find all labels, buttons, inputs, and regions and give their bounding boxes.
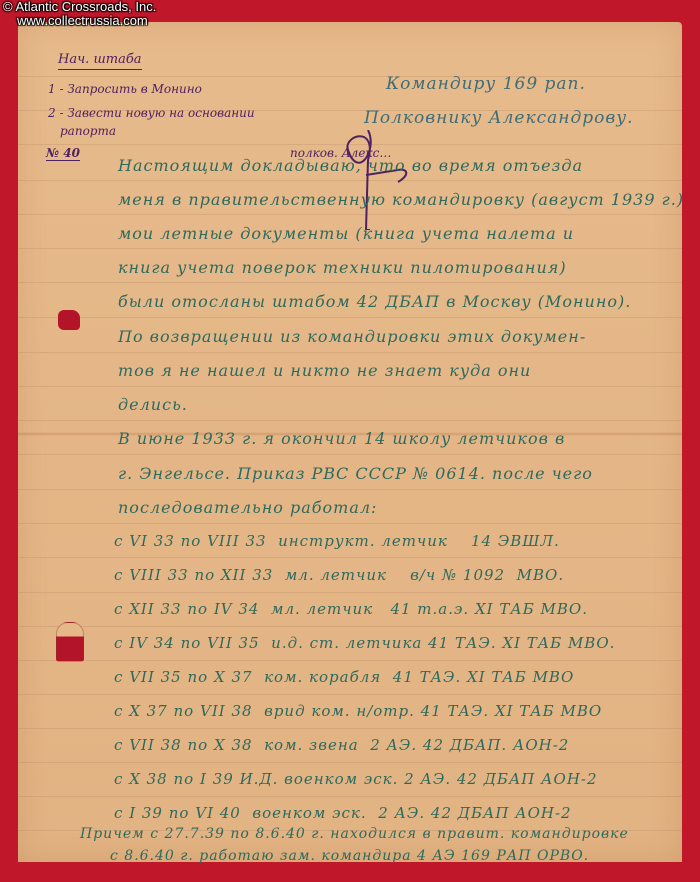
watermark-copyright: © Atlantic Crossroads, Inc. [3,0,156,14]
annotation-reference: № 40 [46,146,80,161]
ruling-line [18,728,682,729]
annotation-title: Нач. штаба [58,52,142,70]
ruling-line [18,762,682,763]
ruling-line [18,523,682,524]
career-row: с XII 33 по IV 34 мл. летчик 41 т.а.э. X… [114,600,588,618]
ruling-line [18,352,682,353]
ruling-line [18,557,682,558]
annotation-item-2-cont: рапорта [60,124,116,138]
body-line: Настоящим докладываю, что во время отъез… [118,156,583,175]
ruling-line [18,694,682,695]
career-row: с VII 38 по X 38 ком. звена 2 АЭ. 42 ДБА… [114,736,569,754]
career-row: с VII 35 по X 37 ком. корабля 41 ТАЭ. XI… [114,668,574,686]
ruling-line [18,660,682,661]
ruling-line [18,626,682,627]
body-line: были отосланы штабом 42 ДБАП в Москву (М… [118,292,631,311]
career-row: с VI 33 по VIII 33 инструкт. летчик 14 Э… [114,532,560,550]
footer-line-1: Причем с 27.7.39 по 8.6.40 г. находился … [80,826,629,842]
career-row: с X 37 по VII 38 врид ком. н/отр. 41 ТАЭ… [114,702,602,720]
career-row: с IV 34 по VII 35 и.д. ст. летчика 41 ТА… [114,634,615,652]
body-line: делись. [118,395,188,414]
career-row: с VIII 33 по XII 33 мл. летчик в/ч № 109… [114,566,564,584]
career-row: с I 39 по VI 40 военком эск. 2 АЭ. 42 ДБ… [114,804,572,822]
addressee-line-2: Полковнику Александрову. [364,108,634,128]
ruling-line [18,454,682,455]
career-row: с X 38 по I 39 И.Д. военком эск. 2 АЭ. 4… [114,770,598,788]
watermark: © Atlantic Crossroads, Inc. www.collectr… [3,0,156,28]
punch-hole [58,310,80,330]
signature-mark [338,130,428,230]
document-page: Нач. штаба 1 - Запросить в Монино 2 - За… [18,22,682,862]
ruling-line [18,796,682,797]
ruling-line [18,282,682,283]
body-line: г. Энгельсе. Приказ РВС СССР № 0614. пос… [118,464,593,483]
ruling-line [18,489,682,490]
footer-line-2: с 8.6.40 г. работаю зам. командира 4 АЭ … [110,848,589,864]
body-line: тов я не нашел и никто не знает куда они [118,361,531,380]
ruling-line [18,386,682,387]
body-line: По возвращении из командировки этих доку… [118,327,586,346]
body-line: В июне 1933 г. я окончил 14 школу летчик… [118,429,565,448]
annotation-item-1: 1 - Запросить в Монино [48,82,202,96]
ruling-line [18,592,682,593]
watermark-website: www.collectrussia.com [3,14,156,28]
punch-hole [56,622,84,662]
body-line: меня в правительственную командировку (а… [118,190,684,209]
body-line: мои летные документы (книга учета налета… [118,224,574,243]
ruling-line [18,420,682,421]
annotation-item-2: 2 - Завести новую на основании [48,106,255,120]
body-line: последовательно работал: [118,498,377,517]
addressee-line-1: Командиру 169 рап. [386,74,586,94]
ruling-line [18,317,682,318]
body-line: книга учета поверок техники пилотировани… [118,258,567,277]
ruling-line [18,248,682,249]
